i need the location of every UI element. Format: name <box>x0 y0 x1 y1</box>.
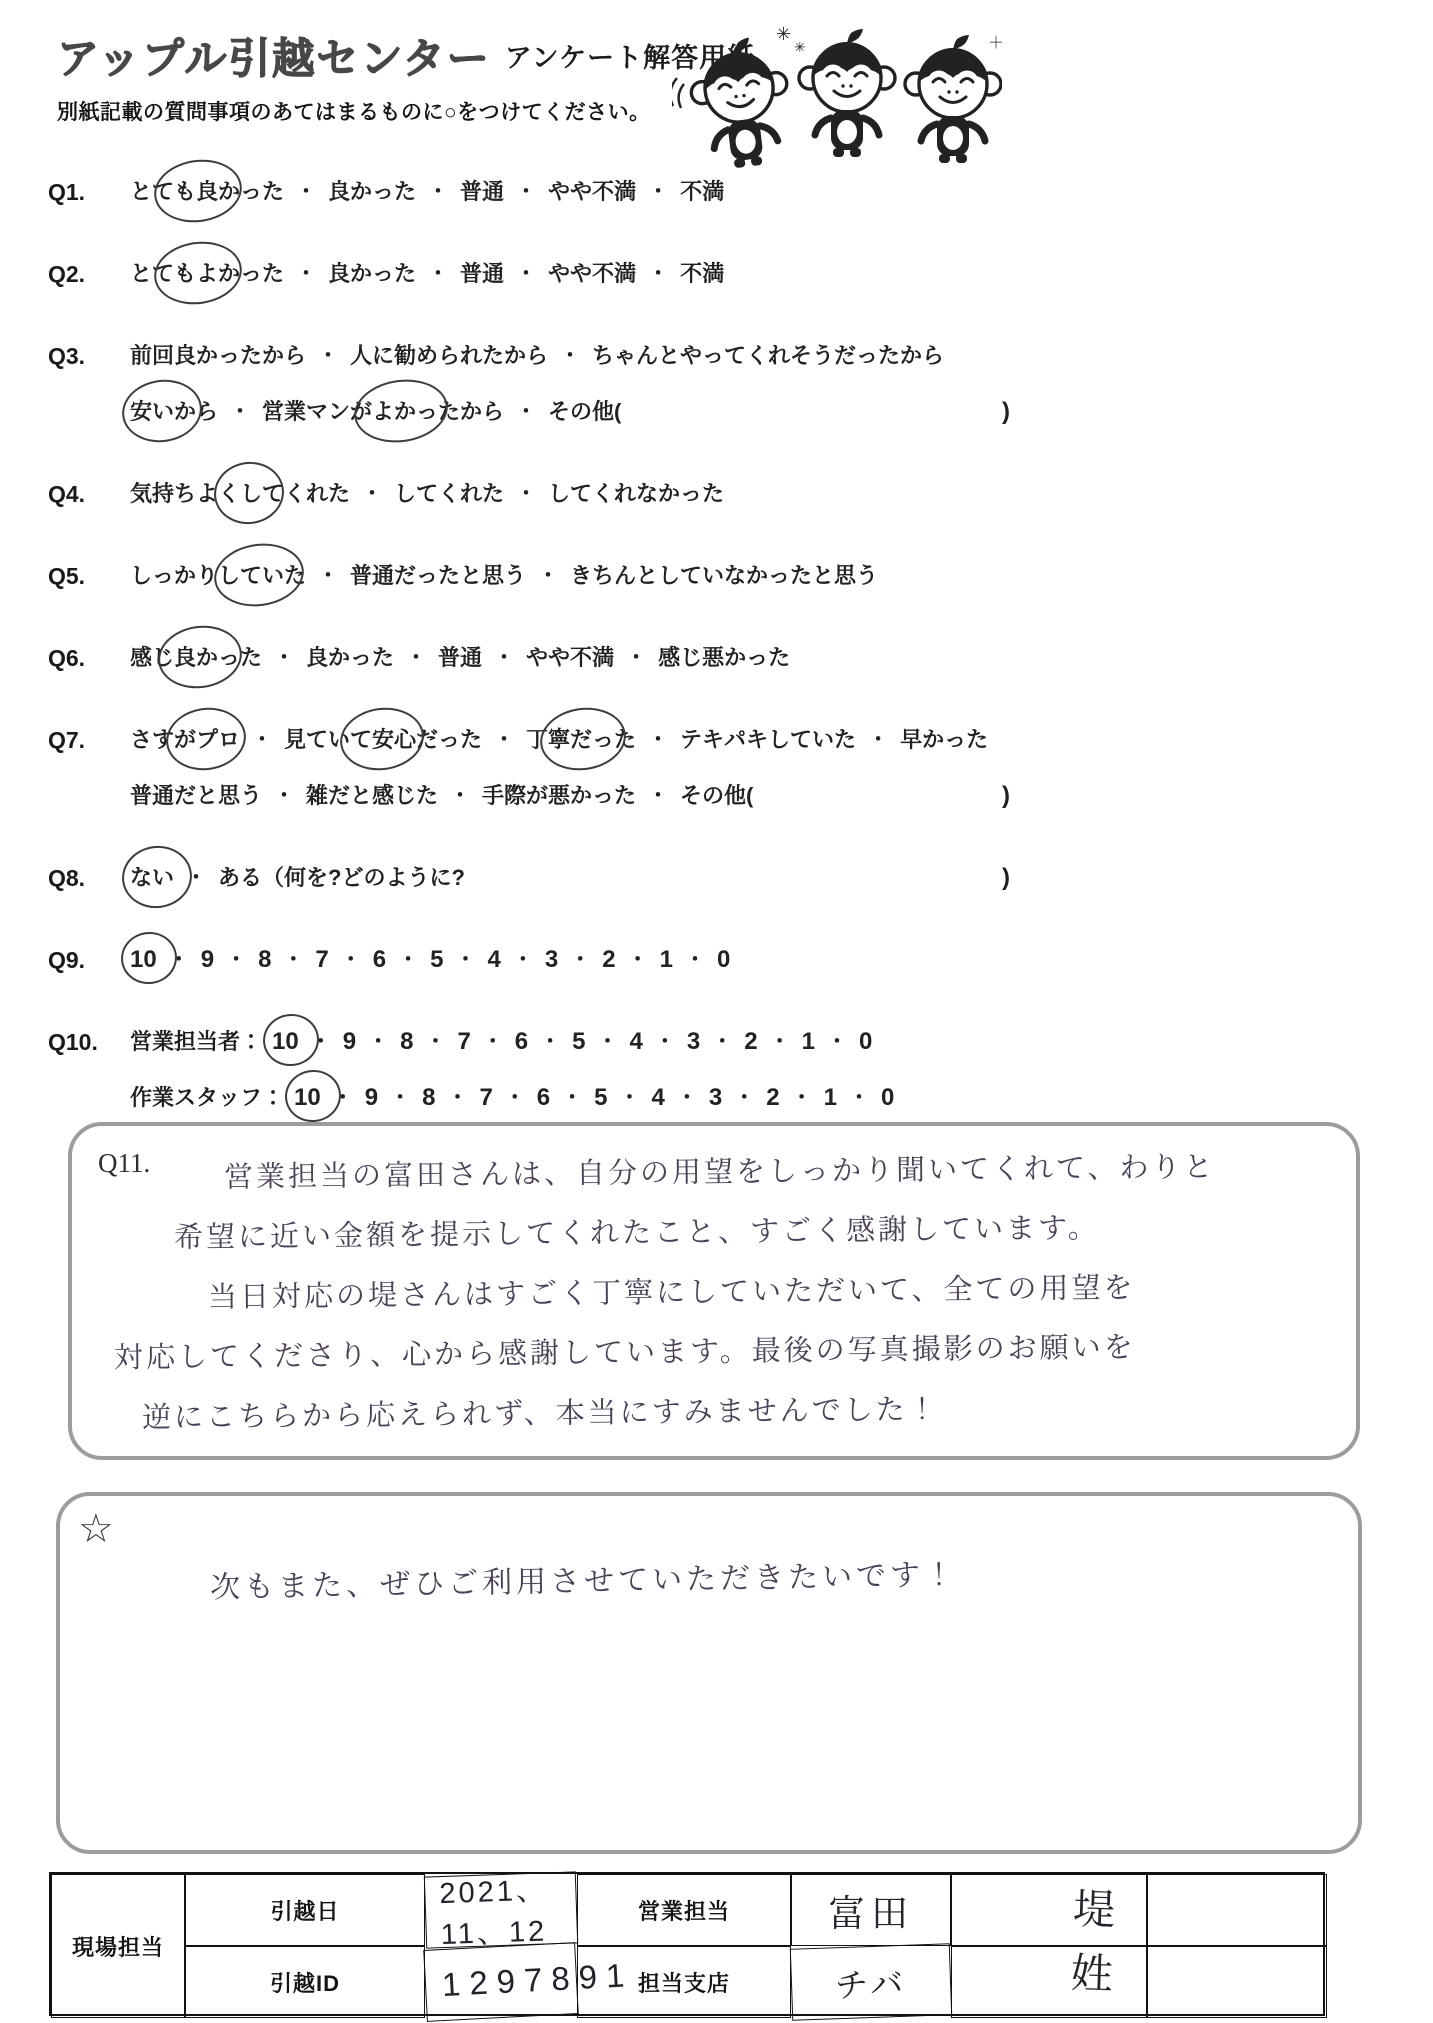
question-number: Q6. <box>48 642 130 674</box>
handwritten-line: 営業担当の富田さんは、自分の用望をしっかり聞いてくれて、わりと <box>224 1146 1322 1197</box>
question-number: Q1. <box>48 176 130 208</box>
question-number: Q8. <box>48 862 130 894</box>
answer-option: 安いから <box>130 396 218 428</box>
answer-option: 不満 <box>680 176 724 208</box>
selection-circle-mark <box>210 457 288 528</box>
handwritten-line: 当日対応の堤さんはすごく丁寧にしていただいて、全ての用望を <box>208 1266 1322 1318</box>
option-separator: ・ <box>318 340 338 372</box>
questions: Q1.とても良かった・良かった・普通・やや不満・不満Q2.とてもよかった・良かっ… <box>48 176 1388 1164</box>
answer-option: 普通だったと思う <box>350 560 526 592</box>
option-separator: ・ <box>333 1082 353 1114</box>
svg-text:✳: ✳ <box>776 24 791 44</box>
answer-option: 3 <box>545 944 558 976</box>
option-separator: ・ <box>560 340 580 372</box>
answer-option: 8 <box>258 944 271 976</box>
site-rep-value-bottom: 姓 <box>1046 1940 1138 2007</box>
svg-text:✳: ✳ <box>794 39 806 55</box>
answer-option: その他( <box>680 780 753 812</box>
empty-cell-bottom <box>1147 1946 1327 2018</box>
selection-circle-mark <box>210 538 308 612</box>
answer-option: 1 <box>824 1082 837 1114</box>
answer-option: 普通 <box>438 642 482 674</box>
answer-option: 営業マンがよかったから <box>262 396 504 428</box>
option-separator: ・ <box>450 780 470 812</box>
option-separator: ・ <box>390 1082 410 1114</box>
empty-cell-top <box>1147 1874 1327 1946</box>
answer-option: 前回良かったから <box>130 340 306 372</box>
brand-title: アップル引越センター <box>57 26 491 86</box>
option-separator: ・ <box>428 176 448 208</box>
question-number: Q7. <box>48 724 130 756</box>
option-separator: ・ <box>598 1026 618 1058</box>
answer-option: 7 <box>457 1026 470 1058</box>
question-row: Q5.しっかりしていた・普通だったと思う・きちんとしていなかったと思う <box>48 560 1388 592</box>
answer-option: 良かった <box>328 176 416 208</box>
question-number: Q10. <box>48 1026 130 1058</box>
answer-option: やや不満 <box>526 642 614 674</box>
answer-option: きちんとしていなかったと思う <box>570 560 878 592</box>
answer-option: 4 <box>652 1082 665 1114</box>
answer-option: 10 <box>130 944 157 976</box>
answer-option: 早かった <box>900 724 988 756</box>
answer-option: 1 <box>802 1026 815 1058</box>
answer-option: 0 <box>859 1026 872 1058</box>
answer-option: 7 <box>315 944 328 976</box>
answer-option: 不満 <box>680 258 724 290</box>
answer-option: してくれなかった <box>548 478 724 510</box>
option-separator: ・ <box>712 1026 732 1058</box>
option-separator: ・ <box>562 1082 582 1114</box>
answer-option: 6 <box>537 1082 550 1114</box>
instruction-text: 別紙記載の質問事項のあてはまるものに○をつけてください。 <box>57 96 757 126</box>
option-separator: ・ <box>428 258 448 290</box>
option-separator: ・ <box>648 258 668 290</box>
option-separator: ・ <box>648 780 668 812</box>
move-date-label: 引越日 <box>185 1874 425 1946</box>
row-prefix: 営業担当者： <box>130 1026 262 1058</box>
answer-option: 感じ悪かった <box>658 642 790 674</box>
answer-option: 2 <box>744 1026 757 1058</box>
option-separator: ・ <box>792 1082 812 1114</box>
question-number: Q5. <box>48 560 130 592</box>
option-separator: ・ <box>516 258 536 290</box>
option-separator: ・ <box>226 944 246 976</box>
option-separator: ・ <box>655 1026 675 1058</box>
answer-option: 人に勧められたから <box>350 340 548 372</box>
answer-option: 普通 <box>460 258 504 290</box>
option-separator: ・ <box>494 724 514 756</box>
answer-option: やや不満 <box>548 258 636 290</box>
question-row: Q7.さすがプロ・見ていて安心だった・丁寧だった・テキパキしていた・早かった普通… <box>48 724 1388 812</box>
answer-option: 見ていて安心だった <box>284 724 482 756</box>
option-separator: ・ <box>648 724 668 756</box>
option-separator: ・ <box>318 560 338 592</box>
answer-option: 9 <box>201 944 214 976</box>
option-separator: ・ <box>685 944 705 976</box>
answer-option: 良かった <box>306 642 394 674</box>
option-separator: ・ <box>447 1082 467 1114</box>
option-separator: ・ <box>516 396 536 428</box>
option-separator: ・ <box>341 944 361 976</box>
answer-option: 5 <box>572 1026 585 1058</box>
option-separator: ・ <box>169 944 189 976</box>
selection-circle-mark <box>162 703 250 776</box>
option-separator: ・ <box>456 944 476 976</box>
answer-option: 4 <box>488 944 501 976</box>
option-separator: ・ <box>626 642 646 674</box>
option-separator: ・ <box>540 1026 560 1058</box>
move-id-label: 引越ID <box>185 1946 425 2018</box>
question-row: Q10.営業担当者：10・9・8・7・6・5・4・3・2・1・0作業スタッフ：1… <box>48 1026 1388 1114</box>
question-number: Q4. <box>48 478 130 510</box>
site-rep-value-top: 堤 <box>1048 1876 1140 1943</box>
q11-lines: 営業担当の富田さんは、自分の用望をしっかり聞いてくれて、わりと希望に近い金額を提… <box>112 1152 1322 1452</box>
option-separator: ・ <box>770 1026 790 1058</box>
answer-option: 9 <box>365 1082 378 1114</box>
answer-option: 10 <box>294 1082 321 1114</box>
option-separator: ・ <box>648 176 668 208</box>
answer-option: 2 <box>602 944 615 976</box>
option-separator: ・ <box>274 642 294 674</box>
move-id-value: 1297891 <box>423 1942 579 2022</box>
option-separator: ・ <box>868 724 888 756</box>
answer-option: 気持ちよくしてくれた <box>130 478 350 510</box>
site-rep-handwriting: 堤 姓 <box>1046 1876 1140 2007</box>
answer-option: しっかりしていた <box>130 560 306 592</box>
question-row: Q8.ない・ある（何を?どのように?) <box>48 862 1388 894</box>
option-separator: ・ <box>252 724 272 756</box>
option-separator: ・ <box>538 560 558 592</box>
answer-option: 6 <box>515 1026 528 1058</box>
option-separator: ・ <box>677 1082 697 1114</box>
option-separator: ・ <box>368 1026 388 1058</box>
option-separator: ・ <box>274 780 294 812</box>
answer-option: 10 <box>272 1026 299 1058</box>
answer-option: 4 <box>630 1026 643 1058</box>
handwritten-line: 希望に近い金額を提示してくれたこと、すごく感謝しています。 <box>174 1206 1322 1258</box>
answer-option: 良かった <box>328 258 416 290</box>
answer-option: 手際が悪かった <box>482 780 636 812</box>
answer-option: してくれた <box>394 478 504 510</box>
answer-option: 2 <box>766 1082 779 1114</box>
answer-option: 0 <box>717 944 730 976</box>
option-separator: ・ <box>230 396 250 428</box>
free-comment-handwriting: 次もまた、ぜひご利用させていただきたいです！ <box>210 1549 959 1606</box>
option-separator: ・ <box>620 1082 640 1114</box>
answer-option: 5 <box>430 944 443 976</box>
option-separator: ・ <box>505 1082 525 1114</box>
close-paren: ) <box>1002 780 1010 812</box>
answer-option: 丁寧だった <box>526 724 636 756</box>
option-separator: ・ <box>406 642 426 674</box>
row-prefix: 作業スタッフ： <box>130 1082 284 1114</box>
header: アップル引越センターアンケート解答用紙 別紙記載の質問事項のあてはまるものに○を… <box>57 26 757 126</box>
answer-option: ない <box>130 862 174 894</box>
question-number: Q2. <box>48 258 130 290</box>
answer-option: さすがプロ <box>130 724 240 756</box>
answer-option: 5 <box>594 1082 607 1114</box>
svg-text:＋: ＋ <box>988 35 1002 52</box>
question-row: Q3.前回良かったから・人に勧められたから・ちゃんとやってくれそうだったから安い… <box>48 340 1388 428</box>
question-row: Q1.とても良かった・良かった・普通・やや不満・不満 <box>48 176 1388 208</box>
answer-option: 1 <box>660 944 673 976</box>
option-separator: ・ <box>398 944 418 976</box>
option-separator: ・ <box>296 258 316 290</box>
option-separator: ・ <box>494 642 514 674</box>
question-row: Q2.とてもよかった・良かった・普通・やや不満・不満 <box>48 258 1388 290</box>
survey-answer-sheet: アップル引越センターアンケート解答用紙 別紙記載の質問事項のあてはまるものに○を… <box>0 0 1433 2023</box>
option-separator: ・ <box>311 1026 331 1058</box>
move-date-value: 2021、11、12 <box>424 1871 578 1948</box>
question-number: Q9. <box>48 944 130 976</box>
sales-rep-label: 営業担当 <box>577 1874 791 1946</box>
selection-circle-mark <box>536 702 630 775</box>
answer-option: テキパキしていた <box>680 724 856 756</box>
answer-option: 普通だと思う <box>130 780 262 812</box>
branch-value: チバ <box>790 1943 952 2021</box>
answer-option: 感じ良かった <box>130 642 262 674</box>
answer-option: 0 <box>881 1082 894 1114</box>
answer-option: やや不満 <box>548 176 636 208</box>
answer-option: 雑だと感じた <box>306 780 438 812</box>
star-icon: ☆ <box>78 1506 114 1552</box>
free-comment-box: ☆ 次もまた、ぜひご利用させていただきたいです！ <box>56 1492 1362 1854</box>
answer-option: ある（何を?どのように? <box>218 862 465 894</box>
selection-circle-mark <box>118 841 196 912</box>
option-separator: ・ <box>425 1026 445 1058</box>
answer-option: その他( <box>548 396 621 428</box>
option-separator: ・ <box>570 944 590 976</box>
site-rep-label: 現場担当 <box>51 1874 185 2018</box>
option-separator: ・ <box>827 1026 847 1058</box>
answer-option: とても良かった <box>130 176 284 208</box>
close-paren: ) <box>1002 396 1010 428</box>
selection-circle-mark <box>154 620 246 693</box>
selection-circle-mark <box>150 154 246 228</box>
answer-option: 8 <box>422 1082 435 1114</box>
handwritten-line: 逆にこちらから応えられず、本当にすみませんでした！ <box>142 1386 1322 1438</box>
option-separator: ・ <box>296 176 316 208</box>
selection-circle-mark <box>118 375 206 448</box>
answer-option: 9 <box>343 1026 356 1058</box>
option-separator: ・ <box>186 862 206 894</box>
option-separator: ・ <box>516 478 536 510</box>
answer-option: 7 <box>479 1082 492 1114</box>
option-separator: ・ <box>734 1082 754 1114</box>
answer-option: 8 <box>400 1026 413 1058</box>
option-separator: ・ <box>362 478 382 510</box>
selection-circle-mark <box>350 374 452 448</box>
question-number: Q3. <box>48 340 130 372</box>
question-row: Q6.感じ良かった・良かった・普通・やや不満・感じ悪かった <box>48 642 1388 674</box>
question-row: Q4.気持ちよくしてくれた・してくれた・してくれなかった <box>48 478 1388 510</box>
selection-circle-mark <box>150 236 246 310</box>
answer-option: 普通 <box>460 176 504 208</box>
close-paren: ) <box>1002 862 1010 894</box>
sales-rep-value: 富田 <box>791 1874 951 1946</box>
option-separator: ・ <box>628 944 648 976</box>
answer-option: とてもよかった <box>130 258 284 290</box>
option-separator: ・ <box>483 1026 503 1058</box>
answer-option: 3 <box>687 1026 700 1058</box>
answer-option: 6 <box>373 944 386 976</box>
q11-comment-box: Q11. 営業担当の富田さんは、自分の用望をしっかり聞いてくれて、わりと希望に近… <box>68 1122 1360 1460</box>
handwritten-line: 対応してくださり、心から感謝しています。最後の写真撮影のお願いを <box>114 1326 1322 1379</box>
monkey-mascots-illustration: ✳ ✳ ＋ ありがとう <box>672 18 1092 188</box>
option-separator: ・ <box>283 944 303 976</box>
selection-circle-mark <box>336 702 428 775</box>
answer-option: 3 <box>709 1082 722 1114</box>
option-separator: ・ <box>849 1082 869 1114</box>
question-row: Q9.10・9・8・7・6・5・4・3・2・1・0 <box>48 944 1388 976</box>
option-separator: ・ <box>513 944 533 976</box>
monkey-icon: ✳ ✳ ＋ <box>672 18 1002 186</box>
answer-option: ちゃんとやってくれそうだったから <box>592 340 944 372</box>
option-separator: ・ <box>516 176 536 208</box>
